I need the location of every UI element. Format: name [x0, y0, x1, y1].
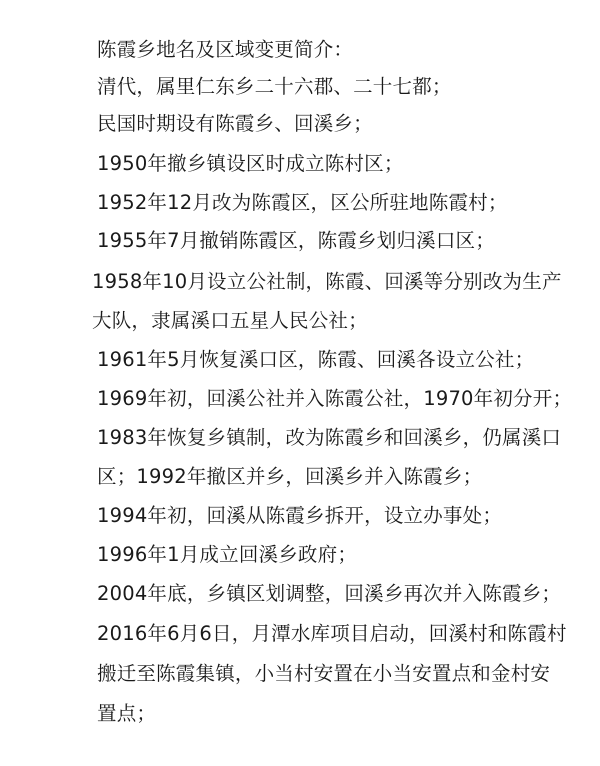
- text-line: 民国时期设有陈霞乡、回溪乡；: [97, 112, 373, 136]
- text-line: 1952年12月改为陈霞区，区公所驻地陈霞村；: [97, 191, 508, 215]
- text-line: 1969年初，回溪公社并入陈霞公社，1970年初分开；: [97, 387, 572, 411]
- text-line: 1955年7月撤销陈霞区，陈霞乡划归溪口区；: [97, 229, 495, 253]
- text-line: 1950年撤乡镇设区时成立陈村区；: [97, 152, 404, 176]
- text-line: 2004年底，乡镇区划调整，回溪乡再次并入陈霞乡；: [97, 582, 561, 606]
- text-line: 区；1992年撤区并乡，回溪乡并入陈霞乡；: [97, 465, 482, 489]
- text-line: 1983年恢复乡镇制，改为陈霞乡和回溪乡，仍属溪口: [97, 426, 561, 450]
- text-line: 清代，属里仁东乡二十六郡、二十七都；: [97, 75, 452, 99]
- text-line: 搬迁至陈霞集镇，小当村安置在小当安置点和金村安: [97, 662, 550, 686]
- text-line: 1958年10月设立公社制，陈霞、回溪等分别改为生产: [92, 270, 562, 294]
- text-line: 大队，隶属溪口五星人民公社；: [92, 309, 368, 333]
- document-title: 陈霞乡地名及区域变更简介：: [97, 38, 353, 62]
- text-line: 1961年5月恢复溪口区，陈霞、回溪各设立公社；: [97, 348, 534, 372]
- text-line: 置点；: [97, 702, 156, 726]
- text-line: 1994年初，回溪从陈霞乡拆开，设立办事处；: [97, 504, 502, 528]
- text-line: 1996年1月成立回溪乡政府；: [97, 543, 357, 567]
- text-line: 2016年6月6日，月潭水库项目启动，回溪村和陈霞村: [97, 622, 567, 646]
